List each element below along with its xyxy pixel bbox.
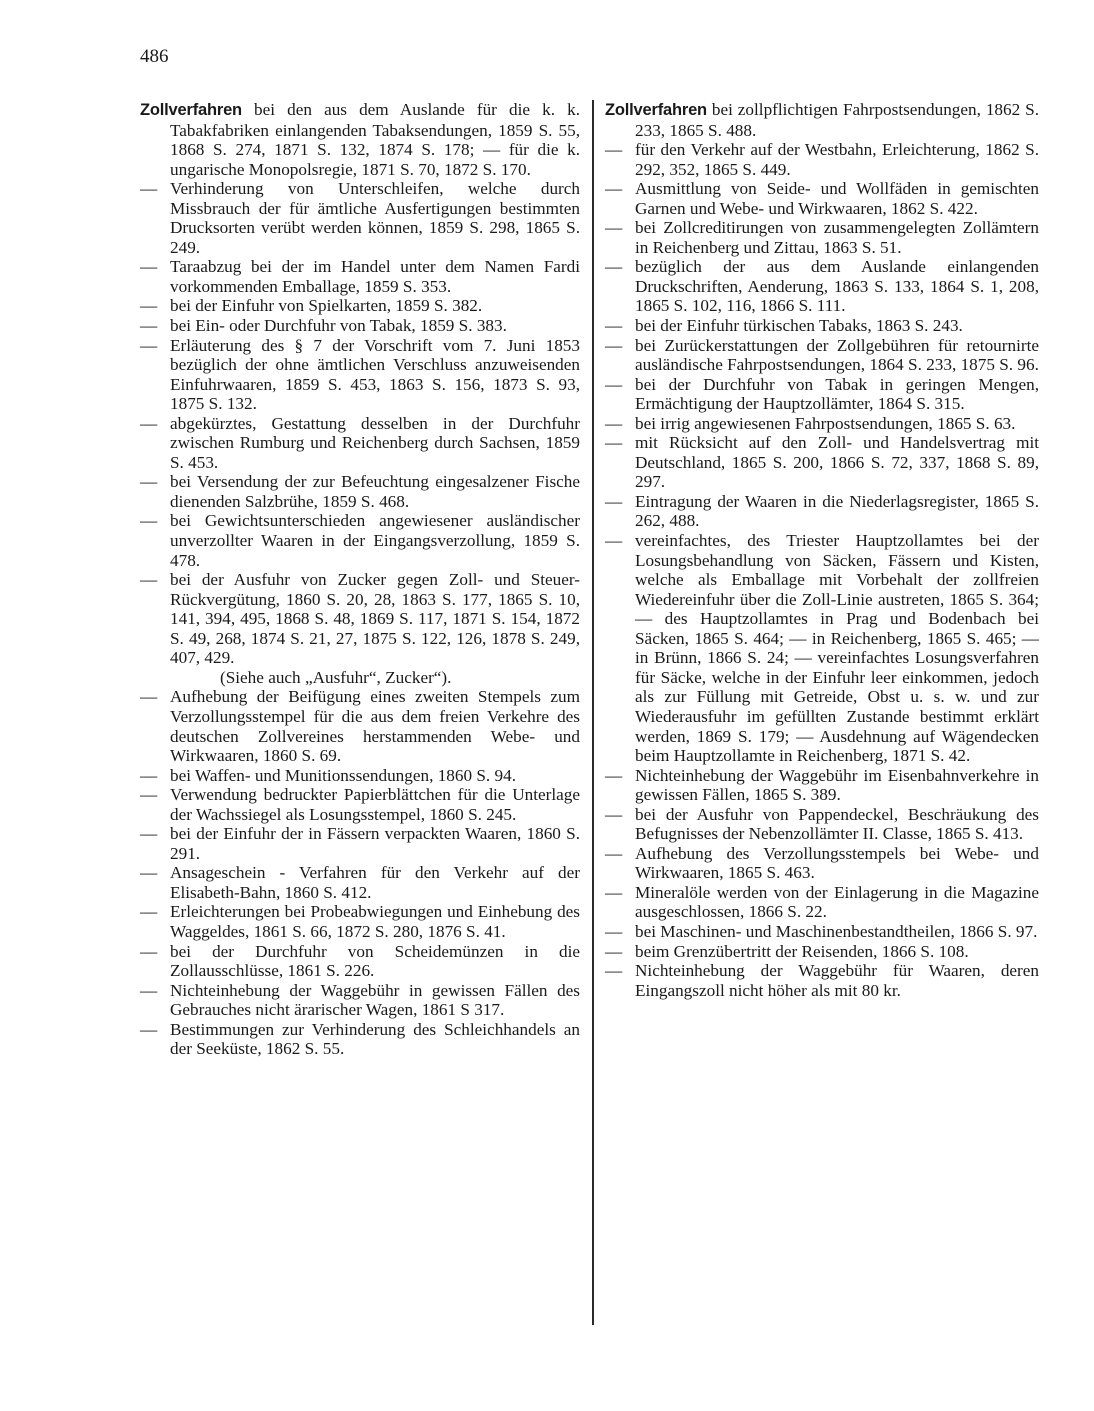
subentry-text: bei Gewichtsunterschieden angewiesener a… bbox=[170, 511, 580, 569]
dash-marker: — bbox=[140, 336, 164, 356]
dash-marker: — bbox=[605, 316, 629, 336]
index-subentry: —bezüglich der aus dem Auslande einlange… bbox=[605, 257, 1039, 316]
index-subentry: —bei Gewichtsunterschieden angewiesener … bbox=[140, 511, 580, 570]
subentry-text: Bestimmungen zur Verhinderung des Schlei… bbox=[170, 1020, 580, 1059]
dash-marker: — bbox=[140, 902, 164, 922]
subentry-text: abgekürztes, Gestattung desselben in der… bbox=[170, 414, 580, 472]
subentry-text: bei der Ausfuhr von Pappendeckel, Beschr… bbox=[635, 805, 1039, 844]
subentry-text: Aufhebung des Verzollungsstempels bei We… bbox=[635, 844, 1039, 883]
dash-marker: — bbox=[140, 785, 164, 805]
subentry-text: Nichteinhebung der Waggebühr im Eisenbah… bbox=[635, 766, 1039, 805]
index-subentry: —Erläuterung des § 7 der Vorschrift vom … bbox=[140, 336, 580, 414]
index-subentry: —bei irrig angewiesenen Fahrpostsendunge… bbox=[605, 414, 1039, 434]
subentry-text: Erläuterung des § 7 der Vorschrift vom 7… bbox=[170, 336, 580, 414]
dash-marker: — bbox=[605, 922, 629, 942]
dash-marker: — bbox=[605, 375, 629, 395]
index-subentry: —bei Zurückerstattungen der Zollgebühren… bbox=[605, 336, 1039, 375]
index-subentry: —bei Ein- oder Durchfuhr von Tabak, 1859… bbox=[140, 316, 580, 336]
subentry-text: bei irrig angewiesenen Fahrpostsendungen… bbox=[635, 414, 1015, 433]
subentry-text: Taraabzug bei der im Handel unter dem Na… bbox=[170, 257, 580, 296]
subentry-text: Ausmittlung von Seide- und Wollfäden in … bbox=[635, 179, 1039, 218]
page-number: 486 bbox=[140, 46, 169, 68]
subentry-text: bei der Einfuhr von Spielkarten, 1859 S.… bbox=[170, 296, 482, 315]
right-column: Zollverfahren bei zollpflichtigen Fahrpo… bbox=[605, 100, 1039, 1000]
dash-marker: — bbox=[605, 140, 629, 160]
index-subentry: —bei Waffen- und Munitionssendungen, 186… bbox=[140, 766, 580, 786]
dash-marker: — bbox=[605, 961, 629, 981]
index-subentry: —Nichteinhebung der Waggebühr für Waaren… bbox=[605, 961, 1039, 1000]
dash-marker: — bbox=[605, 805, 629, 825]
dash-marker: — bbox=[605, 179, 629, 199]
dash-marker: — bbox=[140, 766, 164, 786]
subentry-text: Nichteinhebung der Waggebühr für Waaren,… bbox=[635, 961, 1039, 1000]
subentry-text: bei der Ausfuhr von Zucker gegen Zoll- u… bbox=[170, 570, 580, 667]
dash-marker: — bbox=[605, 433, 629, 453]
see-also-note: (Siehe auch „Ausfuhr“, Zucker“). bbox=[140, 668, 580, 688]
subentry-text: bei der Durchfuhr von Tabak in geringen … bbox=[635, 375, 1039, 414]
index-subentry: —Taraabzug bei der im Handel unter dem N… bbox=[140, 257, 580, 296]
dash-marker: — bbox=[140, 511, 164, 531]
index-subentry: —Ausmittlung von Seide- und Wollfäden in… bbox=[605, 179, 1039, 218]
dash-marker: — bbox=[605, 336, 629, 356]
left-subentries: —Verhinderung von Unterschleifen, welche… bbox=[140, 179, 580, 668]
subentry-text: bei Waffen- und Munitionssendungen, 1860… bbox=[170, 766, 516, 785]
index-subentry: —Verhinderung von Unterschleifen, welche… bbox=[140, 179, 580, 257]
dash-marker: — bbox=[605, 844, 629, 864]
subentry-text: Ansageschein - Verfahren für den Verkehr… bbox=[170, 863, 580, 902]
column-divider bbox=[592, 100, 594, 1325]
subentry-text: Nichteinhebung der Waggebühr in gewissen… bbox=[170, 981, 580, 1020]
subentry-text: bei der Durchfuhr von Scheidemünzen in d… bbox=[170, 942, 580, 981]
index-subentry: —bei der Einfuhr von Spielkarten, 1859 S… bbox=[140, 296, 580, 316]
index-subentry: —bei Versendung der zur Befeuchtung eing… bbox=[140, 472, 580, 511]
dash-marker: — bbox=[140, 570, 164, 590]
index-subentry: —bei Zollcreditirungen von zusammengeleg… bbox=[605, 218, 1039, 257]
dash-marker: — bbox=[605, 218, 629, 238]
index-subentry: —Verwendung bedruckter Papierblättchen f… bbox=[140, 785, 580, 824]
dash-marker: — bbox=[140, 472, 164, 492]
dash-marker: — bbox=[605, 257, 629, 277]
subentry-text: Mineralöle werden von der Einlagerung in… bbox=[635, 883, 1039, 922]
subentry-text: bei Zollcreditirungen von zusammengelegt… bbox=[635, 218, 1039, 257]
dash-marker: — bbox=[605, 492, 629, 512]
index-subentry: —Eintragung der Waaren in die Niederlags… bbox=[605, 492, 1039, 531]
index-subentry: —bei der Ausfuhr von Pappendeckel, Besch… bbox=[605, 805, 1039, 844]
index-subentry: —bei der Einfuhr der in Fässern verpackt… bbox=[140, 824, 580, 863]
subentry-text: Verhinderung von Unterschleifen, welche … bbox=[170, 179, 580, 257]
dash-marker: — bbox=[605, 883, 629, 903]
index-subentry: —Nichteinhebung der Waggebühr im Eisenba… bbox=[605, 766, 1039, 805]
index-subentry: —Erleichterungen bei Probeabwiegungen un… bbox=[140, 902, 580, 941]
index-subentry: —vereinfachtes, des Triester Hauptzollam… bbox=[605, 531, 1039, 766]
dash-marker: — bbox=[140, 824, 164, 844]
dash-marker: — bbox=[140, 414, 164, 434]
dash-marker: — bbox=[140, 981, 164, 1001]
dash-marker: — bbox=[140, 1020, 164, 1040]
index-subentry: —bei der Durchfuhr von Scheidemünzen in … bbox=[140, 942, 580, 981]
left-column: Zollverfahren bei den aus dem Auslande f… bbox=[140, 100, 580, 1059]
dash-marker: — bbox=[140, 296, 164, 316]
dash-marker: — bbox=[605, 414, 629, 434]
subentry-text: beim Grenzübertritt der Reisenden, 1866 … bbox=[635, 942, 969, 961]
index-subentry: —Bestimmungen zur Verhinderung des Schle… bbox=[140, 1020, 580, 1059]
subentry-text: Eintragung der Waaren in die Niederlagsr… bbox=[635, 492, 1039, 531]
index-subentry: —Mineralöle werden von der Einlagerung i… bbox=[605, 883, 1039, 922]
index-subentry: —bei der Einfuhr türkischen Tabaks, 1863… bbox=[605, 316, 1039, 336]
subentry-text: bezüglich der aus dem Auslande einlangen… bbox=[635, 257, 1039, 315]
entry-lemma: Zollverfahren bbox=[605, 101, 707, 119]
index-subentry: —Aufhebung der Beifügung eines zweiten S… bbox=[140, 687, 580, 765]
subentry-text: vereinfachtes, des Triester Hauptzollamt… bbox=[635, 531, 1039, 765]
dash-marker: — bbox=[605, 766, 629, 786]
index-subentry: —Nichteinhebung der Waggebühr in gewisse… bbox=[140, 981, 580, 1020]
index-subentry: —für den Verkehr auf der Westbahn, Erlei… bbox=[605, 140, 1039, 179]
index-subentry: —bei der Durchfuhr von Tabak in geringen… bbox=[605, 375, 1039, 414]
dash-marker: — bbox=[605, 942, 629, 962]
subentry-text: bei Ein- oder Durchfuhr von Tabak, 1859 … bbox=[170, 316, 507, 335]
index-subentry: —bei Maschinen- und Maschinenbestandthei… bbox=[605, 922, 1039, 942]
dash-marker: — bbox=[605, 531, 629, 551]
right-subentries: —für den Verkehr auf der Westbahn, Erlei… bbox=[605, 140, 1039, 1000]
index-entry-head: Zollverfahren bei zollpflichtigen Fahrpo… bbox=[605, 100, 1039, 140]
dash-marker: — bbox=[140, 179, 164, 199]
dash-marker: — bbox=[140, 863, 164, 883]
subentry-text: Aufhebung der Beifügung eines zweiten St… bbox=[170, 687, 580, 765]
index-subentry: —Ansageschein - Verfahren für den Verkeh… bbox=[140, 863, 580, 902]
index-subentry: —abgekürztes, Gestattung desselben in de… bbox=[140, 414, 580, 473]
dash-marker: — bbox=[140, 316, 164, 336]
dash-marker: — bbox=[140, 687, 164, 707]
subentry-text: bei der Einfuhr der in Fässern verpackte… bbox=[170, 824, 580, 863]
index-subentry: —Aufhebung des Verzollungsstempels bei W… bbox=[605, 844, 1039, 883]
subentry-text: bei Maschinen- und Maschinenbestandtheil… bbox=[635, 922, 1037, 941]
left-subentries-after: —Aufhebung der Beifügung eines zweiten S… bbox=[140, 687, 580, 1058]
subentry-text: bei Zurückerstattungen der Zollgebühren … bbox=[635, 336, 1039, 375]
entry-lemma: Zollverfahren bbox=[140, 101, 242, 119]
subentry-text: Erleichterungen bei Probeabwiegungen und… bbox=[170, 902, 580, 941]
index-entry-head: Zollverfahren bei den aus dem Auslande f… bbox=[140, 100, 580, 179]
dash-marker: — bbox=[140, 942, 164, 962]
dash-marker: — bbox=[140, 257, 164, 277]
subentry-text: bei Versendung der zur Befeuchtung einge… bbox=[170, 472, 580, 511]
index-subentry: —beim Grenzübertritt der Reisenden, 1866… bbox=[605, 942, 1039, 962]
subentry-text: Verwendung bedruckter Papierblättchen fü… bbox=[170, 785, 580, 824]
subentry-text: bei der Einfuhr türkischen Tabaks, 1863 … bbox=[635, 316, 963, 335]
index-subentry: —mit Rücksicht auf den Zoll- und Handels… bbox=[605, 433, 1039, 492]
index-subentry: —bei der Ausfuhr von Zucker gegen Zoll- … bbox=[140, 570, 580, 668]
subentry-text: für den Verkehr auf der Westbahn, Erleic… bbox=[635, 140, 1039, 179]
subentry-text: mit Rücksicht auf den Zoll- und Handelsv… bbox=[635, 433, 1039, 491]
